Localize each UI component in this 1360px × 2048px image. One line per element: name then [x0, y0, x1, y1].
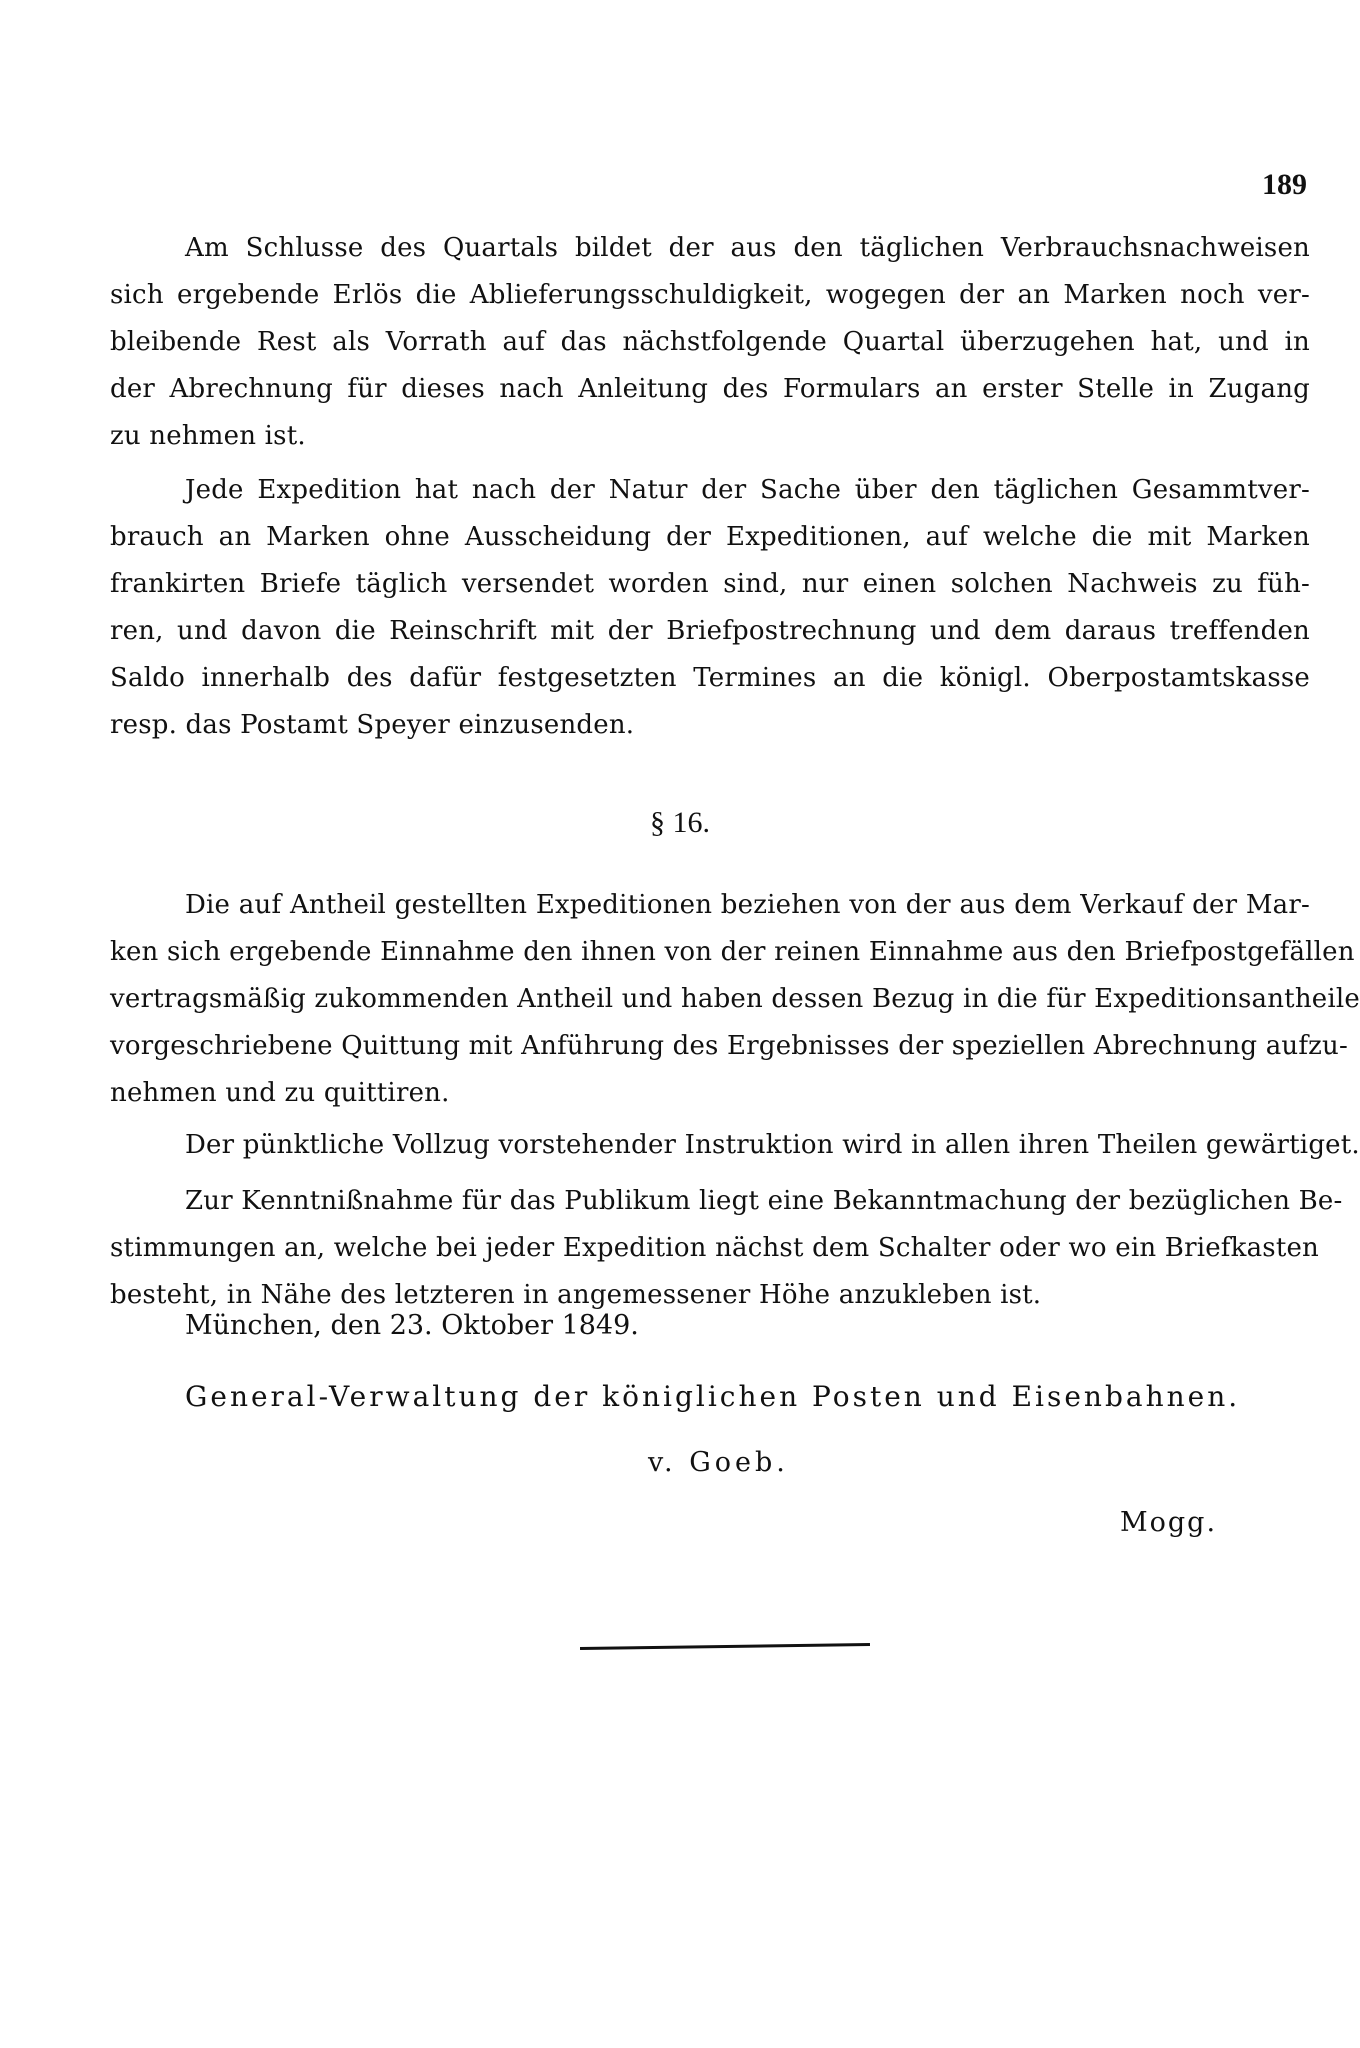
text-line: Am Schlusse des Quartals bildet der aus … — [110, 225, 1310, 272]
text-line: Jede Expedition hat nach der Natur der S… — [110, 467, 1310, 514]
text-line: Saldo innerhalb des dafür festgesetzten … — [110, 655, 1310, 702]
text-line: der Abrechnung für dieses nach Anleitung… — [110, 366, 1310, 413]
text-line: frankirten Briefe täglich versendet word… — [110, 561, 1310, 608]
document-page: 189 Am Schlusse des Quartals bildet der … — [0, 0, 1360, 2048]
text-line: vertragsmäßig zukommenden Antheil und ha… — [110, 976, 1310, 1023]
paragraph-expedition-report: Jede Expedition hat nach der Natur der S… — [110, 467, 1310, 749]
text-line: vorgeschriebene Quittung mit Anführung d… — [110, 1023, 1310, 1070]
text-line: brauch an Marken ohne Ausscheidung der E… — [110, 514, 1310, 561]
text-line: Zur Kenntnißnahme für das Publikum liegt… — [110, 1178, 1310, 1225]
place-date: München, den 23. Oktober 1849. — [185, 1310, 639, 1341]
signature-secondary: Mogg. — [1120, 1507, 1217, 1538]
paragraph-quarter-closing: Am Schlusse des Quartals bildet der aus … — [110, 225, 1310, 460]
text-line: nehmen und zu quittiren. — [110, 1070, 1310, 1117]
text-line: zu nehmen ist. — [110, 413, 1310, 460]
text-line: ren, und davon die Reinschrift mit der B… — [110, 608, 1310, 655]
paragraph-public-notice: Zur Kenntnißnahme für das Publikum liegt… — [110, 1178, 1310, 1319]
text-line: Die auf Antheil gestellten Expeditionen … — [110, 882, 1310, 929]
text-line: bleibende Rest als Vorrath auf das nächs… — [110, 319, 1310, 366]
closing-rule-divider — [580, 1643, 870, 1650]
text-line: sich ergebende Erlös die Ablieferungssch… — [110, 272, 1310, 319]
paragraph-share-expeditions: Die auf Antheil gestellten Expeditionen … — [110, 882, 1310, 1117]
text-line: stimmungen an, welche bei jeder Expediti… — [110, 1225, 1310, 1272]
text-line: Der pünktliche Vollzug vorstehender Inst… — [110, 1122, 1310, 1169]
page-number: 189 — [1262, 168, 1307, 202]
section-heading: § 16. — [0, 806, 1360, 840]
issuing-authority: General-Verwaltung der königlichen Poste… — [185, 1380, 1240, 1413]
text-line: ken sich ergebende Einnahme den ihnen vo… — [110, 929, 1310, 976]
paragraph-execution: Der pünktliche Vollzug vorstehender Inst… — [110, 1122, 1310, 1169]
signature-primary: v. Goeb. — [648, 1447, 789, 1478]
text-line: resp. das Postamt Speyer einzusenden. — [110, 702, 1310, 749]
